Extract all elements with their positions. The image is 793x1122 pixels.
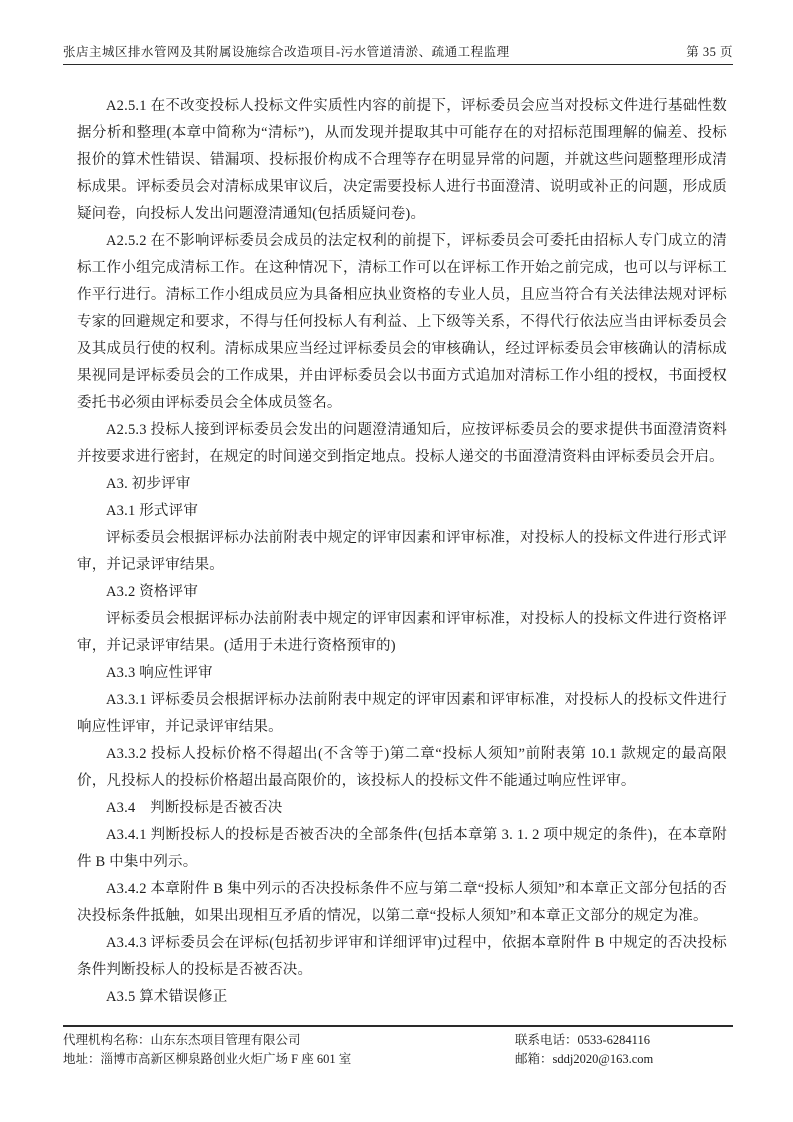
- body-heading: A3.5 算术错误修正: [77, 984, 727, 1011]
- body-heading: A3. 初步评审: [77, 471, 727, 498]
- body-paragraph: A2.5.2 在不影响评标委员会成员的法定权利的前提下，评标委员会可委托由招标人…: [77, 228, 727, 417]
- page-footer: 代理机构名称：山东东杰项目管理有限公司 地址：淄博市高新区柳泉路创业火炬广场 F…: [63, 1025, 733, 1068]
- header-project-title: 张店主城区排水管网及其附属设施综合改造项目-污水管道清淤、疏通工程监理: [63, 42, 510, 60]
- footer-phone: 联系电话：0533-6284116: [515, 1031, 733, 1050]
- body-heading: A3.3 响应性评审: [77, 660, 727, 687]
- footer-contact-block: 联系电话：0533-6284116 邮箱：sddj2020@163.com: [515, 1031, 733, 1068]
- footer-email: 邮箱：sddj2020@163.com: [515, 1050, 733, 1069]
- body-heading: A3.2 资格评审: [77, 579, 727, 606]
- body-paragraph: 评标委员会根据评标办法前附表中规定的评审因素和评审标准，对投标人的投标文件进行形…: [77, 525, 727, 579]
- body-paragraph: A3.4.2 本章附件 B 集中列示的否决投标条件不应与第二章“投标人须知”和本…: [77, 876, 727, 930]
- document-page: 张店主城区排水管网及其附属设施综合改造项目-污水管道清淤、疏通工程监理 第 35…: [0, 0, 793, 1122]
- body-paragraph: A3.4.1 判断投标人的投标是否被否决的全部条件(包括本章第 3. 1. 2 …: [77, 822, 727, 876]
- body-heading: A3.1 形式评审: [77, 498, 727, 525]
- footer-address: 地址：淄博市高新区柳泉路创业火炬广场 F 座 601 室: [63, 1050, 351, 1069]
- footer-agency-name: 代理机构名称：山东东杰项目管理有限公司: [63, 1031, 351, 1050]
- page-header: 张店主城区排水管网及其附属设施综合改造项目-污水管道清淤、疏通工程监理 第 35…: [63, 42, 733, 65]
- body-heading: A3.4 判断投标是否被否决: [77, 795, 727, 822]
- body-paragraph: 评标委员会根据评标办法前附表中规定的评审因素和评审标准，对投标人的投标文件进行资…: [77, 606, 727, 660]
- header-page-number: 第 35 页: [686, 42, 733, 60]
- body-paragraph: A3.4.3 评标委员会在评标(包括初步评审和详细评审)过程中，依据本章附件 B…: [77, 930, 727, 984]
- body-paragraph: A2.5.1 在不改变投标人投标文件实质性内容的前提下，评标委员会应当对投标文件…: [77, 93, 727, 228]
- document-body: A2.5.1 在不改变投标人投标文件实质性内容的前提下，评标委员会应当对投标文件…: [77, 93, 727, 1011]
- body-paragraph: A3.3.1 评标委员会根据评标办法前附表中规定的评审因素和评审标准，对投标人的…: [77, 687, 727, 741]
- body-paragraph: A2.5.3 投标人接到评标委员会发出的问题澄清通知后，应按评标委员会的要求提供…: [77, 417, 727, 471]
- footer-agency-block: 代理机构名称：山东东杰项目管理有限公司 地址：淄博市高新区柳泉路创业火炬广场 F…: [63, 1031, 351, 1068]
- body-paragraph: A3.3.2 投标人投标价格不得超出(不含等于)第二章“投标人须知”前附表第 1…: [77, 741, 727, 795]
